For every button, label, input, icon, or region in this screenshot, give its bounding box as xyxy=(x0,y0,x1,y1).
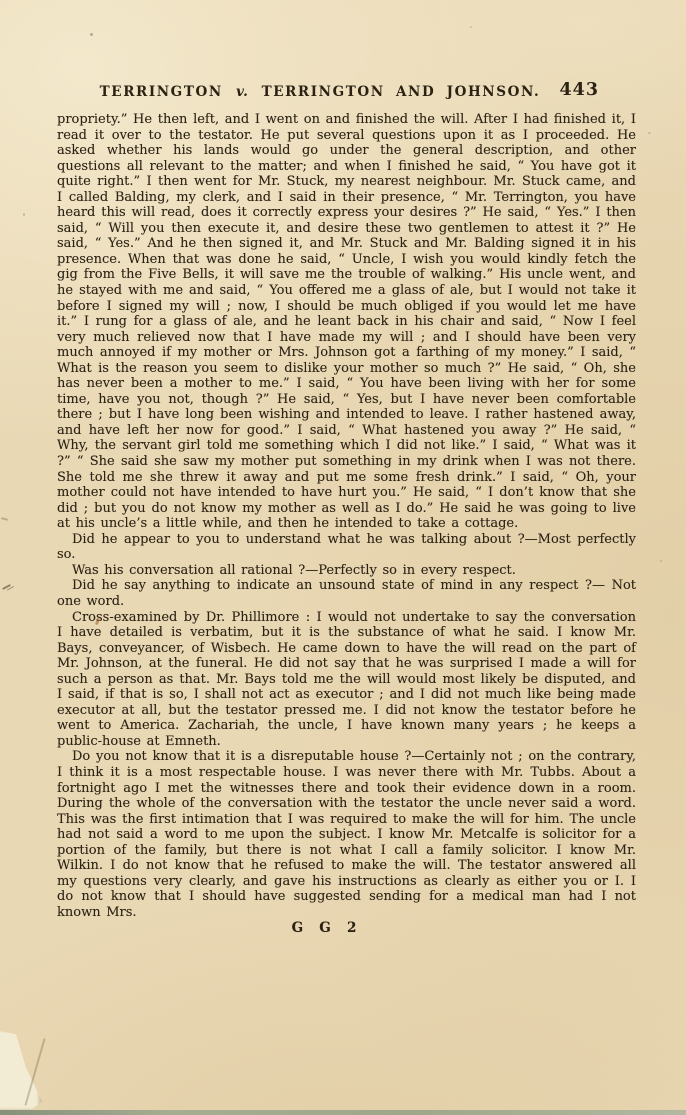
signature-mark: G G 2 xyxy=(57,921,636,937)
paper-speck xyxy=(648,132,651,134)
paper-speck xyxy=(470,26,472,28)
paper-speck xyxy=(23,213,25,216)
case-title: TERRINGTON v. TERRINGTON AND JOHNSON. xyxy=(57,84,635,100)
case-title-right: TERRINGTON AND JOHNSON. xyxy=(262,84,541,100)
scan-edge-strip xyxy=(0,1110,686,1115)
versus-abbreviation: v. xyxy=(234,84,250,100)
page-number: 443 xyxy=(559,80,599,100)
paragraph: propriety.” He then left, and I went on … xyxy=(57,112,636,532)
book-page: TERRINGTON v. TERRINGTON AND JOHNSON. 44… xyxy=(0,0,686,1115)
margin-squiggle-mark xyxy=(2,584,11,590)
paragraph: Was his conversation all rational ?—Perf… xyxy=(57,563,636,579)
body-text: propriety.” He then left, and I went on … xyxy=(57,112,636,937)
margin-tick-mark xyxy=(1,517,8,521)
case-title-left: TERRINGTON xyxy=(100,84,223,100)
paragraph: Did he appear to you to understand what … xyxy=(57,532,636,563)
paragraph: Did he say anything to indicate an unsou… xyxy=(57,578,636,609)
paper-speck xyxy=(660,560,662,562)
running-header: TERRINGTON v. TERRINGTON AND JOHNSON. 44… xyxy=(57,84,635,104)
paragraph: Cross-examined by Dr. Phillimore : I wou… xyxy=(57,610,636,750)
paragraph: Do you not know that it is a disreputabl… xyxy=(57,749,636,920)
paper-speck xyxy=(90,33,93,36)
